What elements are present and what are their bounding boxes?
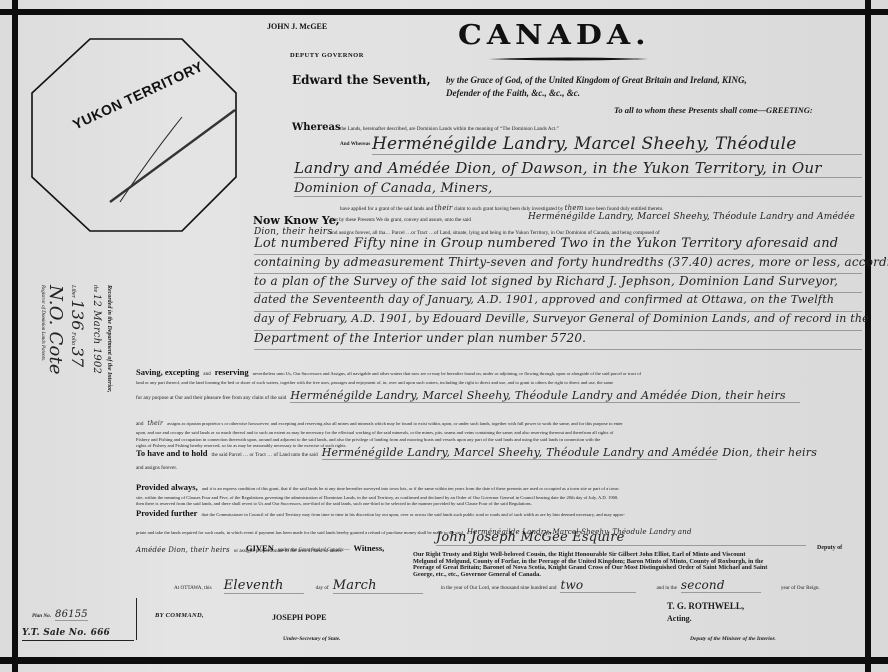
whereas-heading: Whereas	[292, 122, 341, 133]
deputy-minister-title: Deputy of the Minister of the Interior.	[690, 636, 776, 642]
day-of: day of	[316, 585, 329, 591]
reign-handwritten: second	[681, 578, 761, 593]
habendum-grantees: Herménégilde Landry, Marcel Sheehy, Théo…	[322, 446, 717, 460]
reign-end: year of Our Reign.	[781, 585, 820, 591]
recorded-date-hand: 12 March 1902	[91, 294, 102, 374]
sovereign-name: Edward the Seventh,	[292, 73, 431, 87]
provided-always-line-1: Provided always, and it is an express co…	[136, 477, 862, 495]
saving-and: and	[203, 371, 211, 377]
right-border	[865, 0, 871, 672]
recording-block: Recorded in the Department of the Interi…	[38, 285, 112, 393]
governor-general-style: Our Right Trusty and Right Well-beloved …	[413, 552, 767, 578]
applied-hand-b: them	[565, 204, 584, 212]
saving-heading-2: reserving	[215, 367, 249, 377]
under-secretary-title: Under-Secretary of State.	[283, 636, 341, 642]
now-know-ye-heading: Now Know Ye,	[253, 214, 340, 227]
month-handwritten: March	[333, 578, 423, 594]
given-text: under the Great Seal of Canada:—	[278, 547, 350, 553]
saving-heading: Saving, excepting	[136, 367, 199, 377]
saving-line-1: Saving, excepting and reserving neverthe…	[136, 362, 862, 380]
deputy-governor-title: DEPUTY GOVERNOR	[290, 52, 364, 59]
provided-always-text-1: and it is an express condition of this g…	[202, 486, 619, 491]
saving-line-4: and their assigns as riparian proprietor…	[136, 412, 862, 430]
deputy-of: Deputy of	[817, 545, 842, 551]
plan-number-line: Plan No. 86155	[32, 604, 136, 622]
given-line: GIVEN under the Great Seal of Canada:— W…	[246, 538, 384, 556]
recorded-date-line: the 12 March 1902	[91, 285, 102, 393]
saving-line-3: for any purpose at Our and their pleasur…	[136, 386, 862, 404]
habendum-clause: To have and to hold the said Parcel … or…	[136, 443, 862, 471]
top-border	[0, 9, 888, 15]
provided-further-line-1: Provided further that the Commissioner i…	[136, 503, 862, 521]
under-secretary-name: JOSEPH POPE	[272, 613, 326, 622]
plan-number: 86155	[55, 609, 88, 621]
date-line: At OTTAWA, this Eleventh day of March in…	[174, 576, 864, 594]
file-numbers: Plan No. 86155 Y.T. Sale No. 666	[18, 598, 137, 640]
recorded-text: Recorded in the Department of the Interi…	[106, 285, 112, 393]
deputy-minister-acting: Acting.	[667, 614, 692, 623]
applied-text-a: have applied for a grant of the said lan…	[340, 206, 433, 212]
now-know-ye-text-a: that by these Presents We do grant, conv…	[330, 217, 471, 223]
sale-label: Y.T. Sale No.	[22, 628, 87, 638]
now-know-ye-grantees: Herménégilde Landry, Marcel Sheehy, Théo…	[528, 212, 855, 222]
description-line: containing by admeasurement Thirty-seven…	[254, 255, 862, 274]
provided-always-heading: Provided always,	[136, 482, 198, 492]
habendum-text-b: and assigns forever.	[136, 465, 862, 471]
greeting: To all to whom these Presents shall come…	[614, 105, 813, 115]
grantees-handwritten-2: Landry and Amédée Dion, of Dawson, in th…	[294, 159, 862, 178]
witness-handwritten: John Joseph McGee Esquire	[436, 530, 806, 546]
year-text: in the year of Our Lord, one thousand ni…	[441, 585, 557, 591]
by-command: BY COMMAND,	[155, 612, 204, 619]
day-handwritten: Eleventh	[224, 578, 304, 594]
yukon-seal-octagon	[30, 37, 238, 233]
left-border	[12, 0, 18, 672]
deputy-minister-name: T. G. ROTHWELL,	[667, 601, 744, 611]
provided-further-text-1: that the Commissioner in Council of the …	[201, 512, 624, 517]
and-whereas-label: And Whereas	[340, 141, 370, 147]
grantees-handwritten-1: Herménégilde Landry, Marcel Sheehy, Théo…	[372, 134, 862, 155]
provided-further-grantees-cont: Amédée Dion, their heirs	[136, 546, 230, 554]
sale-number: 666	[91, 628, 110, 638]
folio-hand: 37	[68, 347, 87, 368]
saving-hand-4: their	[148, 420, 164, 427]
liber-hand: 136	[68, 300, 87, 331]
habendum-heading: To have and to hold	[136, 448, 208, 458]
whereas-text: the Lands, hereinafter described, are Do…	[340, 126, 559, 132]
country-title: CANADA.	[458, 20, 651, 52]
reign-text: and in the	[656, 585, 676, 591]
deputy-governor-name: JOHN J. McGEE	[267, 22, 327, 31]
bottom-border	[0, 657, 888, 664]
year-handwritten: two	[560, 578, 636, 593]
given-heading: GIVEN	[246, 543, 274, 553]
habendum-text-a: the said Parcel … or Tract … of Land unt…	[212, 452, 318, 458]
sovereign-style-2: Defender of the Faith, &c., &c., &c.	[446, 88, 580, 98]
saving-clause: Saving, excepting and reserving neverthe…	[136, 362, 862, 450]
saving-text-1: nevertheless unto Us, Our Successors and…	[253, 371, 641, 376]
sovereign-style-1: by the Grace of God, of the United Kingd…	[446, 75, 747, 85]
sale-number-line: Y.T. Sale No. 666	[22, 622, 134, 641]
saving-text-4a: and	[136, 421, 144, 427]
grantees-handwritten-3: Dominion of Canada, Miners,	[294, 181, 862, 197]
provided-further-text-2: priate and take the lands required for s…	[136, 530, 463, 535]
registrar-title: Registrar of Dominion Lands Patents.	[38, 285, 44, 393]
saving-grantees: Herménégilde Landry, Marcel Sheehy, Théo…	[290, 389, 800, 403]
witness-heading: Witness,	[353, 543, 384, 553]
land-description: Lot numbered Fifty nine in Group numbere…	[254, 236, 862, 350]
description-line: Department of the Interior under plan nu…	[254, 331, 862, 350]
applied-hand-a: their	[435, 204, 453, 212]
registrar-signature: N.O. Cote	[45, 285, 66, 393]
saving-text-4b: assigns as riparian proprietor s or othe…	[167, 421, 623, 426]
land-grant-document: YUKON TERRITORY JOHN J. McGEE DEPUTY GOV…	[0, 0, 888, 672]
liber-folio-line: Liber 136 Folio 37	[68, 285, 87, 393]
description-line: day of February, A.D. 1901, by Edouard D…	[254, 312, 862, 331]
recorded-date-label: the	[92, 285, 98, 292]
title-flourish	[488, 56, 648, 62]
liber-label: Liber	[70, 285, 76, 298]
provided-further-heading: Provided further	[136, 508, 197, 518]
description-line: to a plan of the Survey of the said lot …	[254, 274, 862, 293]
at-ottawa: At OTTAWA, this	[174, 585, 212, 591]
saving-text-3: for any purpose at Our and their pleasur…	[136, 395, 286, 401]
description-line: dated the Seventeenth day of January, A.…	[254, 293, 862, 312]
plan-label: Plan No.	[32, 613, 51, 619]
folio-label: Folio	[70, 332, 76, 345]
description-line: Lot numbered Fifty nine in Group numbere…	[254, 236, 862, 255]
